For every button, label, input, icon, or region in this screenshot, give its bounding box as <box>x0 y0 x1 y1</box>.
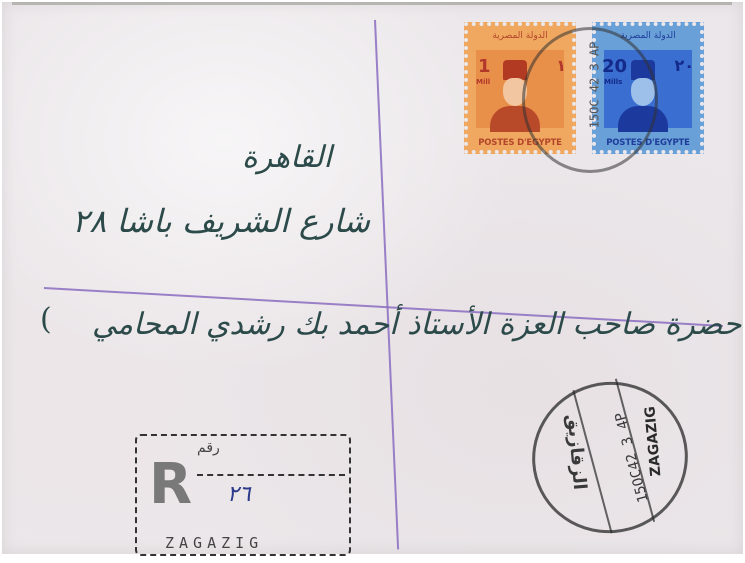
postmark-city: ZAGAZIG <box>642 406 664 477</box>
vertical-crossing-line <box>374 20 399 550</box>
registration-letter: R <box>149 452 194 517</box>
envelope: الدولة المصرية 1 ١ Mill POSTES D'EGYPTE … <box>2 2 743 554</box>
envelope-edge <box>12 2 732 5</box>
registration-label: R رقم ٢٦ ZAGAZIG <box>135 434 351 556</box>
postmark-top-date: 15OC 42 3 AP <box>587 42 601 129</box>
address-street: شارع الشريف باشا ٢٨ <box>72 202 370 240</box>
address-bracket: ( <box>40 302 52 337</box>
registration-label-arabic: رقم <box>197 440 220 456</box>
address-city: القاهرة <box>242 140 332 175</box>
address-recipient: حضرة صاحب العزة الأستاذ أحمد بك رشدي الم… <box>92 307 741 342</box>
registration-number-box: ٢٦ <box>197 474 345 526</box>
registration-city: ZAGAZIG <box>165 534 263 552</box>
postmark-bottom: الزقازيق 15OC42 3 4P ZAGAZIG <box>515 364 705 550</box>
postmark-top: 15OC 42 3 AP <box>522 27 658 173</box>
registration-number: ٢٦ <box>227 482 251 507</box>
